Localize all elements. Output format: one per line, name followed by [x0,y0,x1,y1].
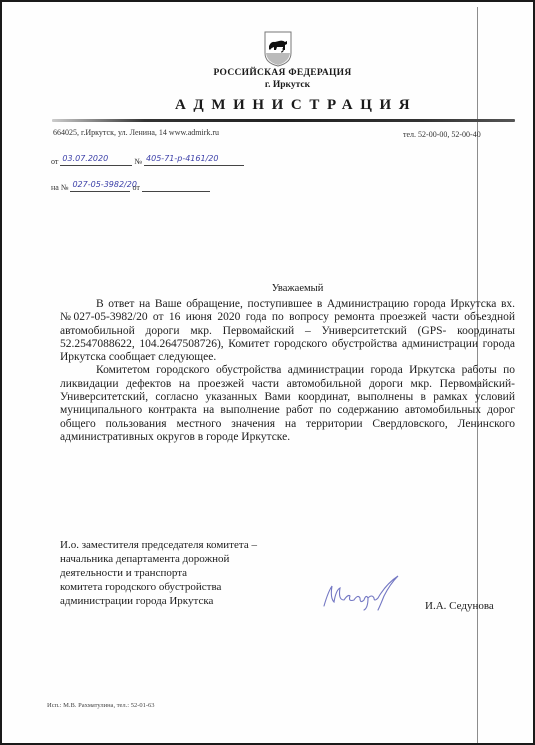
position-line: администрации города Иркутска [60,594,257,608]
organization-title: АДМИНИСТРАЦИЯ [175,97,417,114]
incoming-reference: на № 027-05-3982/20 от [51,180,212,192]
position-line: комитета городского обустройства [60,580,257,594]
position-line: деятельности и транспорта [60,566,257,580]
position-line: И.о. заместителя председателя комитета – [60,538,257,552]
outgoing-registration: от 03.07.2020 № 405-71-р-4161/20 [51,154,246,166]
header-divider [52,119,515,122]
reply-to-label: на № [51,183,68,192]
signatory-position: И.о. заместителя председателя комитета –… [60,538,257,608]
letter-page: РОССИЙСКАЯ ФЕДЕРАЦИЯ г. Иркутск АДМИНИСТ… [2,2,533,743]
paragraph: Комитетом городского обустройства админи… [60,364,515,444]
executor-contact: Исп.: М.В. Рахматулина, тел.: 52-01-63 [47,702,155,709]
signer-name: И.А. Седунова [425,600,494,612]
salutation: Уважаемый [2,283,533,294]
reply-from-date-field [142,180,210,192]
country-name: РОССИЙСКАЯ ФЕДЕРАЦИЯ [2,68,533,78]
reply-from-label: от [132,183,139,192]
date-label: от [51,157,58,166]
handwritten-signature-icon [320,572,400,612]
reply-to-number-field: 027-05-3982/20 [70,180,130,192]
position-line: начальника департамента дорожной [60,552,257,566]
outgoing-date-field: 03.07.2020 [60,154,132,166]
paragraph: В ответ на Ваше обращение, поступившее в… [60,298,515,364]
organization-phones: тел. 52-00-00, 52-00-40 [403,130,481,139]
coat-of-arms-icon [264,31,292,67]
organization-address: 664025, г.Иркутск, ул. Ленина, 14 www.ad… [53,128,219,137]
letter-body: В ответ на Ваше обращение, поступившее в… [60,298,515,444]
city-name: г. Иркутск [2,80,533,90]
number-label: № [134,157,142,166]
outgoing-number-field: 405-71-р-4161/20 [144,154,244,166]
